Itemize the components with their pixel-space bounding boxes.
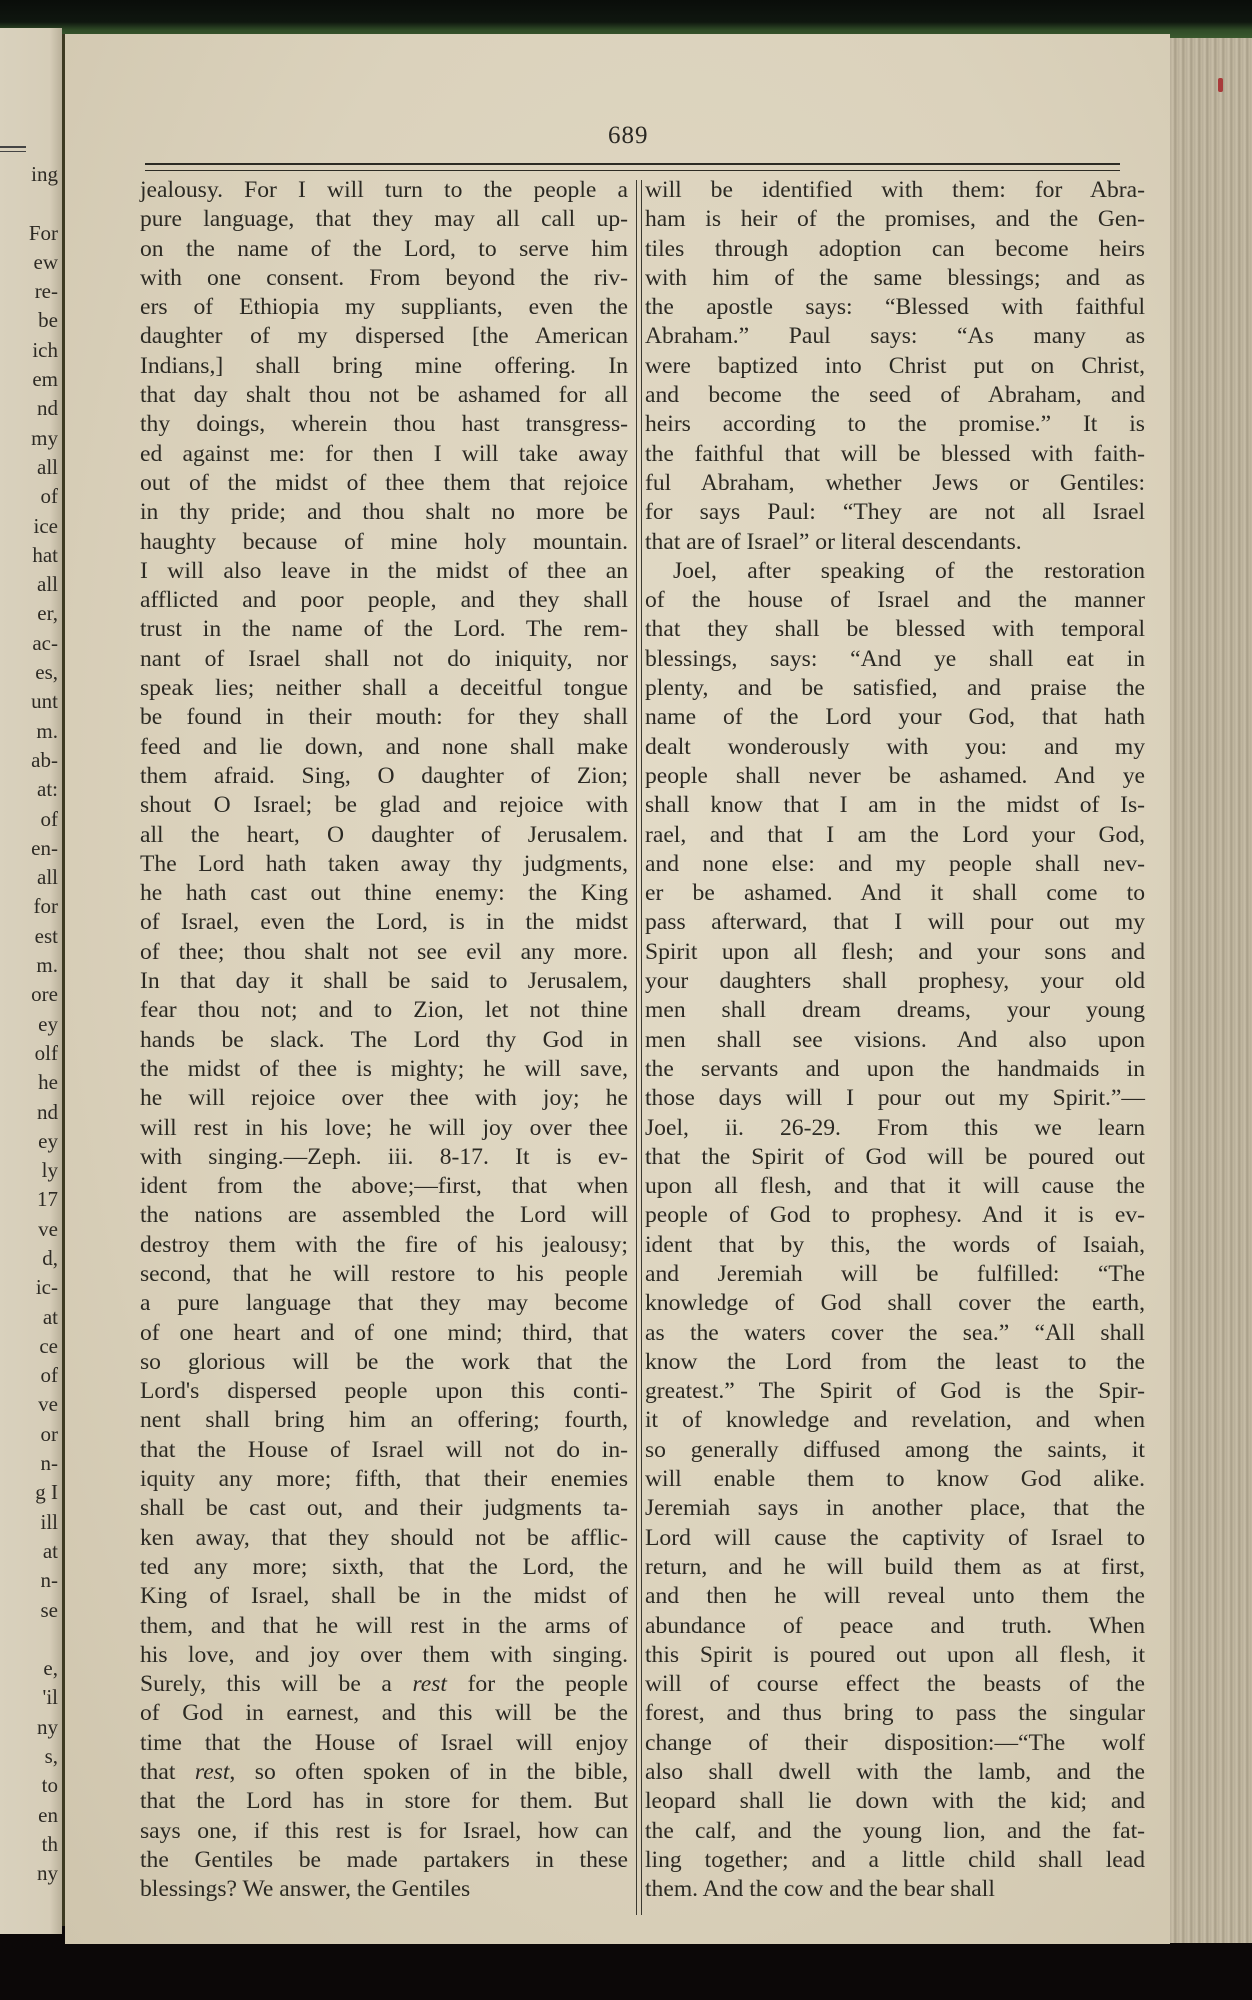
text-line: the apostle says: “Blessed with faithful [645,293,1145,322]
text-line: them. And the cow and the bear shall [645,1875,1145,1904]
text-line: so generally diffused among the saints, … [645,1436,1145,1465]
text-line: that are of Israel” or literal descendan… [645,528,1145,557]
text-line: I will also leave in the midst of thee a… [140,557,628,586]
text-line: Spirit upon all flesh; and your sons and [645,938,1145,967]
text-line: with singing.—Zeph. iii. 8-17. It is ev- [140,1143,628,1172]
text-line: King of Israel, shall be in the midst of [140,1582,628,1611]
text-line: them afraid. Sing, O daughter of Zion; [140,762,628,791]
text-line: a pure language that they may become [140,1289,628,1318]
text-line: rael, and that I am the Lord your God, [645,821,1145,850]
text-line: those days will I pour out my Spirit.”— [645,1084,1145,1113]
text-line: the Gentiles be made partakers in these [140,1846,628,1875]
text-line: as the waters cover the sea.” “All shall [645,1319,1145,1348]
text-line: with him of the same blessings; and as [645,264,1145,293]
text-line: this Spirit is poured out upon all flesh… [645,1641,1145,1670]
text-line: change of their disposition:—“The wolf [645,1729,1145,1758]
text-line: speak lies; neither shall a deceitful to… [140,674,628,703]
text-line: the nations are assembled the Lord will [140,1201,628,1230]
column-divider [636,180,642,1915]
text-line: jealousy. For I will turn to the people … [140,176,628,205]
text-line: abundance of peace and truth. When [645,1612,1145,1641]
text-line: Abraham.” Paul says: “As many as [645,322,1145,351]
text-line: feed and lie down, and none shall make [140,733,628,762]
text-line: his love, and joy over them with singing… [140,1641,628,1670]
text-line: he will rejoice over thee with joy; he [140,1084,628,1113]
text-line: know the Lord from the least to the [645,1348,1145,1377]
text-line: shall be cast out, and their judgments t… [140,1494,628,1523]
text-line: ted any more; sixth, that the Lord, the [140,1553,628,1582]
text-line: In that day it shall be said to Jerusale… [140,967,628,996]
text-line: all the heart, O daughter of Jerusalem. [140,821,628,850]
text-line: were baptized into Christ put on Christ, [645,352,1145,381]
text-line: Lord's dispersed people upon this conti- [140,1377,628,1406]
right-text-column: will be identified with them: for Abra-h… [645,176,1145,1905]
text-line: and become the seed of Abraham, and [645,381,1145,410]
text-line: ed against me: for then I will take away [140,440,628,469]
text-line: your daughters shall prophesy, your old [645,967,1145,996]
text-line: that rest, so often spoken of in the bib… [140,1758,628,1787]
text-line: people shall never be ashamed. And ye [645,762,1145,791]
text-line: people of God to prophesy. And it is ev- [645,1201,1145,1230]
text-line: knowledge of God shall cover the earth, [645,1289,1145,1318]
text-line: dealt wonderously with you: and my [645,733,1145,762]
text-line: of the house of Israel and the manner [645,586,1145,615]
previous-page-edge: ing For ew re- be ich em nd my all of ic… [0,28,62,1934]
text-line: in thy pride; and thou shalt no more be [140,498,628,527]
text-line: blessings? We answer, the Gentiles [140,1875,628,1904]
edge-stain [1218,78,1223,92]
text-line: plenty, and be satisfied, and praise the [645,674,1145,703]
text-line: heirs according to the promise.” It is [645,410,1145,439]
text-line: men shall dream dreams, your young [645,996,1145,1025]
text-line: will of course effect the beasts of the [645,1670,1145,1699]
text-line: ident from the above;—first, that when [140,1172,628,1201]
text-line: ken away, that they should not be afflic… [140,1524,628,1553]
text-line: and Jeremiah will be fulfilled: “The [645,1260,1145,1289]
previous-page-header-rule [0,146,26,152]
text-line: time that the House of Israel will enjoy [140,1729,628,1758]
text-line: second, that he will restore to his peop… [140,1260,628,1289]
text-line: Indians,] shall bring mine offering. In [140,352,628,381]
text-line: Joel, ii. 26-29. From this we learn [645,1114,1145,1143]
text-line: leopard shall lie down with the kid; and [645,1787,1145,1816]
text-line: the midst of thee is mighty; he will sav… [140,1055,628,1084]
text-line: says one, if this rest is for Israel, ho… [140,1817,628,1846]
text-line: pass afterward, that I will pour out my [645,908,1145,937]
text-line: afflicted and poor people, and they shal… [140,586,628,615]
text-line: ham is heir of the promises, and the Gen… [645,205,1145,234]
text-line: er be ashamed. And it shall come to [645,879,1145,908]
text-line: men shall see visions. And also upon [645,1026,1145,1055]
text-line: upon all flesh, and that it will cause t… [645,1172,1145,1201]
text-line: name of the Lord your God, that hath [645,703,1145,732]
text-line: them, and that he will rest in the arms … [140,1612,628,1641]
text-line: iquity any more; fifth, that their enemi… [140,1465,628,1494]
text-line: will enable them to know God alike. [645,1465,1145,1494]
text-line: the servants and upon the handmaids in [645,1055,1145,1084]
page-block-edges [1170,38,1252,1943]
text-line: tiles through adoption can become heirs [645,235,1145,264]
text-line: nent shall bring him an offering; fourth… [140,1406,628,1435]
text-line: be found in their mouth: for they shall [140,703,628,732]
text-line: daughter of my dispersed [the American [140,322,628,351]
text-line: that the Spirit of God will be poured ou… [645,1143,1145,1172]
text-line: ers of Ethiopia my suppliants, even the [140,293,628,322]
text-line: ident that by this, the words of Isaiah, [645,1231,1145,1260]
italic-emphasis: rest [412,1671,447,1697]
previous-page-text-fragments: ing For ew re- be ich em nd my all of ic… [29,160,58,1889]
header-double-rule [145,163,1120,171]
text-line: haughty because of mine holy mountain. [140,528,628,557]
text-line: fear thou not; and to Zion, let not thin… [140,996,628,1025]
text-line: of one heart and of one mind; third, tha… [140,1319,628,1348]
text-line: that they shall be blessed with temporal [645,615,1145,644]
text-line: that the House of Israel will not do in- [140,1436,628,1465]
text-line: Surely, this will be a rest for the peop… [140,1670,628,1699]
text-line: it of knowledge and revelation, and when [645,1406,1145,1435]
text-line: ling together; and a little child shall … [645,1846,1145,1875]
text-line: will be identified with them: for Abra- [645,176,1145,205]
text-line: that day shalt thou not be ashamed for a… [140,381,628,410]
text-line: out of the midst of thee them that rejoi… [140,469,628,498]
text-line: blessings, says: “And ye shall eat in [645,645,1145,674]
text-line: greatest.” The Spirit of God is the Spir… [645,1377,1145,1406]
text-line: Jeremiah says in another place, that the [645,1494,1145,1523]
text-line: that the Lord has in store for them. But [140,1787,628,1816]
text-line: destroy them with the fire of his jealou… [140,1231,628,1260]
text-line: of God in earnest, and this will be the [140,1699,628,1728]
italic-emphasis: rest [195,1759,230,1785]
text-line: and then he will reveal unto them the [645,1582,1145,1611]
text-line: with one consent. From beyond the riv- [140,264,628,293]
text-line: nant of Israel shall not do iniquity, no… [140,645,628,674]
text-line: of thee; thou shalt not see evil any mor… [140,938,628,967]
text-line: also shall dwell with the lamb, and the [645,1758,1145,1787]
text-line: he hath cast out thine enemy: the King [140,879,628,908]
left-text-column: jealousy. For I will turn to the people … [140,176,628,1905]
text-line: thy doings, wherein thou hast transgress… [140,410,628,439]
text-line: Joel, after speaking of the restoration [645,557,1145,586]
text-line: forest, and thus bring to pass the singu… [645,1699,1145,1728]
text-line: so glorious will be the work that the [140,1348,628,1377]
text-line: will rest in his love; he will joy over … [140,1114,628,1143]
text-line: for says Paul: “They are not all Israel [645,498,1145,527]
text-line: trust in the name of the Lord. The rem- [140,615,628,644]
text-line: Lord will cause the captivity of Israel … [645,1524,1145,1553]
text-line: hands be slack. The Lord thy God in [140,1026,628,1055]
text-line: the calf, and the young lion, and the fa… [645,1817,1145,1846]
text-line: pure language, that they may all call up… [140,205,628,234]
text-line: the faithful that will be blessed with f… [645,440,1145,469]
text-line: The Lord hath taken away thy judgments, [140,850,628,879]
text-line: of Israel, even the Lord, is in the mids… [140,908,628,937]
text-line: and none else: and my people shall nev- [645,850,1145,879]
text-line: return, and he will build them as at fir… [645,1553,1145,1582]
text-line: ful Abraham, whether Jews or Gentiles: [645,469,1145,498]
page-number: 689 [608,122,649,150]
text-line: on the name of the Lord, to serve him [140,235,628,264]
text-line: shall know that I am in the midst of Is- [645,791,1145,820]
text-line: shout O Israel; be glad and rejoice with [140,791,628,820]
